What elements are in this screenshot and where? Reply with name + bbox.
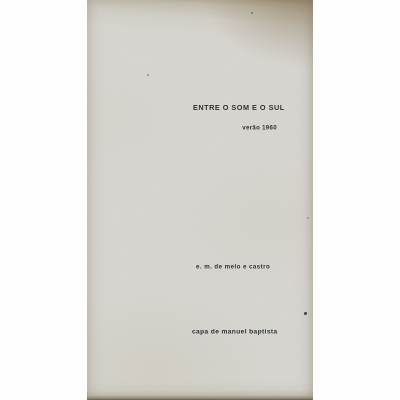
edition-note: verão 1960 bbox=[242, 125, 277, 131]
book-title: ENTRE O SOM E O SUL bbox=[193, 104, 285, 111]
ink-speck bbox=[304, 312, 307, 315]
author-name: e. m. de melo e castro bbox=[196, 264, 270, 270]
book-cover-photo: ENTRE O SOM E O SUL verão 1960 e. m. de … bbox=[87, 0, 313, 400]
cover-credit: capa de manuel baptista bbox=[192, 328, 278, 335]
ink-speck bbox=[251, 12, 253, 14]
paper-grain-texture bbox=[87, 0, 313, 400]
ink-speck bbox=[307, 217, 309, 219]
ink-speck bbox=[147, 74, 149, 76]
page-background: ENTRE O SOM E O SUL verão 1960 e. m. de … bbox=[0, 0, 400, 400]
